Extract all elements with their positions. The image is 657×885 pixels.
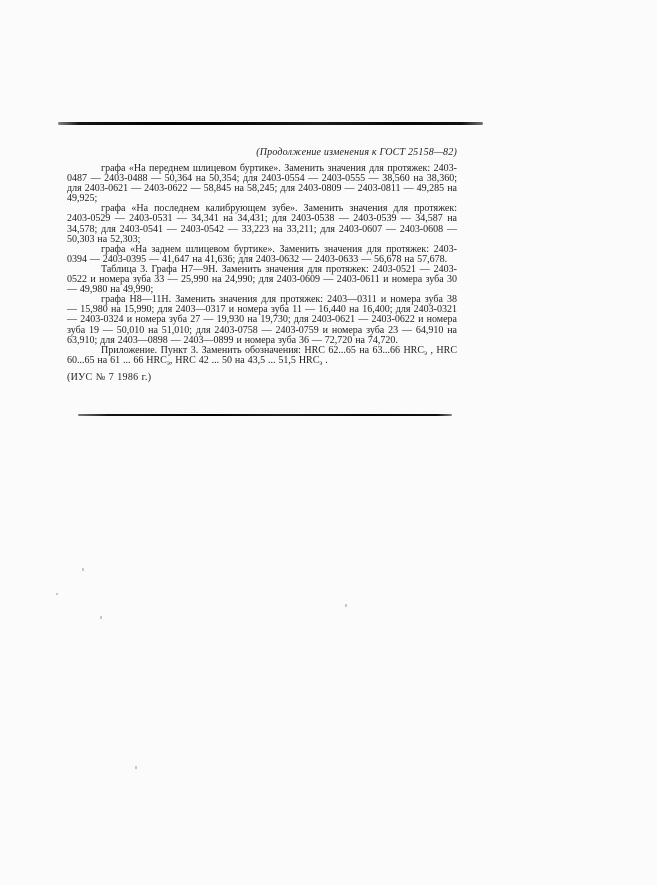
amendment-text-block: графа «На переднем шлицевом буртике». За… <box>67 164 457 383</box>
paragraph-appendix-hrc: Приложение. Пункт 3. Заменить обозначени… <box>67 346 457 366</box>
paragraph-rear-spline-collar: графа «На заднем шлицевом буртике». Заме… <box>67 245 457 265</box>
scan-dust-speck <box>82 568 84 571</box>
scan-dust-speck <box>100 616 102 619</box>
paragraph-last-calibrating-tooth: графа «На последнем калибрующем зубе». З… <box>67 204 457 244</box>
paragraph-front-spline-collar: графа «На переднем шлицевом буртике». За… <box>67 164 457 204</box>
top-horizontal-rule <box>58 122 483 125</box>
scanned-document-page: (Продолжение изменения к ГОСТ 25158—82) … <box>0 0 657 885</box>
paragraph-table3-h7-9h: Таблица 3. Графа Н7—9Н. Заменить значени… <box>67 265 457 295</box>
ius-issue-note: (ИУС № 7 1986 г.) <box>67 373 457 383</box>
scan-dust-speck <box>135 766 137 769</box>
paragraph-h8-11h: графа Н8—11Н. Заменить значения для прот… <box>67 295 457 345</box>
scan-dust-speck <box>345 604 347 607</box>
continuation-header-note: (Продолжение изменения к ГОСТ 25158—82) <box>67 147 457 159</box>
bottom-horizontal-rule <box>78 414 452 416</box>
scan-dust-speck <box>56 593 58 595</box>
